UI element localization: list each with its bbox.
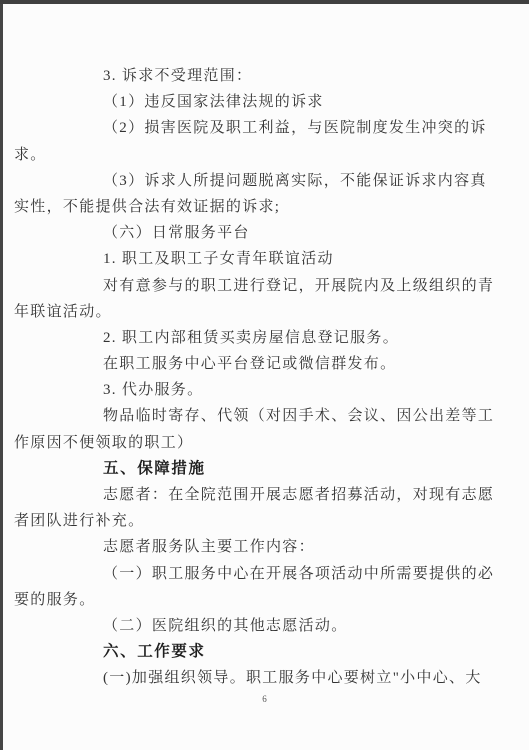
text-line: 要的服务。 xyxy=(14,587,458,613)
section-heading: 六、工作要求 xyxy=(14,639,458,665)
page-top-edge xyxy=(0,0,529,4)
text-line: 1. 职工及职工子女青年联谊活动 xyxy=(14,246,458,272)
text-line: （二）医院组织的其他志愿活动。 xyxy=(14,613,458,639)
text-line: （2）损害医院及职工利益，与医院制度发生冲突的诉 xyxy=(14,115,458,141)
text-line: 作原因不便领取的职工） xyxy=(14,430,458,456)
text-line: 物品临时寄存、代领（对因手术、会议、因公出差等工 xyxy=(14,403,458,429)
text-lines: 3. 诉求不受理范围：（1）违反国家法律法规的诉求（2）损害医院及职工利益，与医… xyxy=(14,63,458,692)
text-line: 求。 xyxy=(14,142,458,168)
document-page: 3. 诉求不受理范围：（1）违反国家法律法规的诉求（2）损害医院及职工利益，与医… xyxy=(0,0,529,750)
text-line: (一)加强组织领导。职工服务中心要树立"小中心、大 xyxy=(14,665,458,691)
text-line: 在职工服务中心平台登记或微信群发布。 xyxy=(14,351,458,377)
text-line: （一）职工服务中心在开展各项活动中所需要提供的必 xyxy=(14,561,458,587)
text-line: 者团队进行补充。 xyxy=(14,508,458,534)
page-left-edge xyxy=(0,0,3,750)
text-line: 对有意参与的职工进行登记，开展院内及上级组织的青 xyxy=(14,273,458,299)
text-line: 3. 代办服务。 xyxy=(14,377,458,403)
text-line: 2. 职工内部租赁买卖房屋信息登记服务。 xyxy=(14,325,458,351)
text-line: （六）日常服务平台 xyxy=(14,220,458,246)
section-heading: 五、保障措施 xyxy=(14,456,458,482)
text-line: 志愿者：在全院范围开展志愿者招募活动，对现有志愿 xyxy=(14,482,458,508)
text-line: 年联谊活动。 xyxy=(14,299,458,325)
text-line: （1）违反国家法律法规的诉求 xyxy=(14,89,458,115)
text-line: 实性，不能提供合法有效证据的诉求; xyxy=(14,194,458,220)
page-number: 6 xyxy=(0,694,529,704)
text-line: （3）诉求人所提问题脱离实际，不能保证诉求内容真 xyxy=(14,168,458,194)
text-line: 3. 诉求不受理范围： xyxy=(14,63,458,89)
text-line: 志愿者服务队主要工作内容： xyxy=(14,534,458,560)
